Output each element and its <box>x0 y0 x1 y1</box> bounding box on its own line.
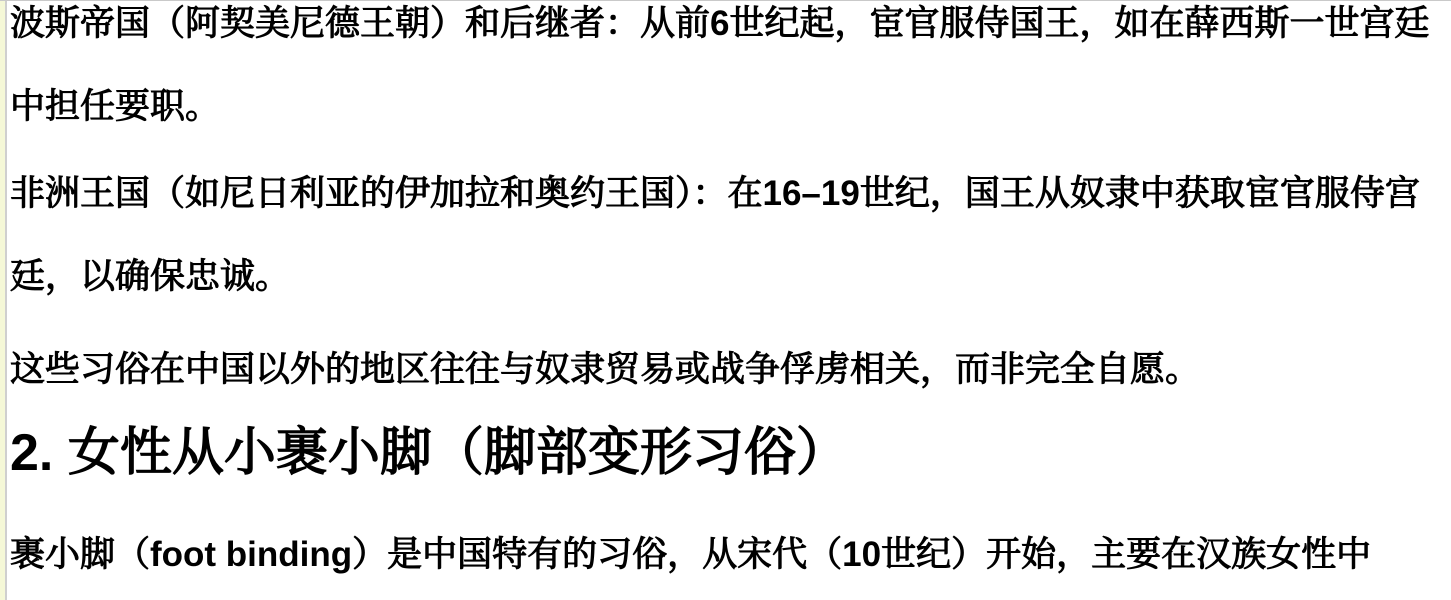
document-page: 波斯帝国（阿契美尼德王朝）和后继者：从前6世纪起，宦官服侍国王，如在薛西斯一世宫… <box>0 0 1451 600</box>
section-heading-foot-binding: 2. 女性从小裹小脚（脚部变形习俗） <box>10 419 1447 487</box>
paragraph-foot-binding-intro: 裹小脚（foot binding）是中国特有的习俗，从宋代（10世纪）开始，主要… <box>10 513 1447 596</box>
paragraph-customs-summary: 这些习俗在中国以外的地区往往与奴隶贸易或战争俘虏相关，而非完全自愿。 <box>10 328 1447 411</box>
paragraph-persian-empire: 波斯帝国（阿契美尼德王朝）和后继者：从前6世纪起，宦官服侍国王，如在薛西斯一世宫… <box>10 0 1447 148</box>
page-margin-divider <box>5 0 7 600</box>
document-text-area: 波斯帝国（阿契美尼德王朝）和后继者：从前6世纪起，宦官服侍国王，如在薛西斯一世宫… <box>10 0 1447 600</box>
paragraph-african-kingdoms: 非洲王国（如尼日利亚的伊加拉和奥约王国）：在16–19世纪，国王从奴隶中获取宦官… <box>10 152 1447 318</box>
